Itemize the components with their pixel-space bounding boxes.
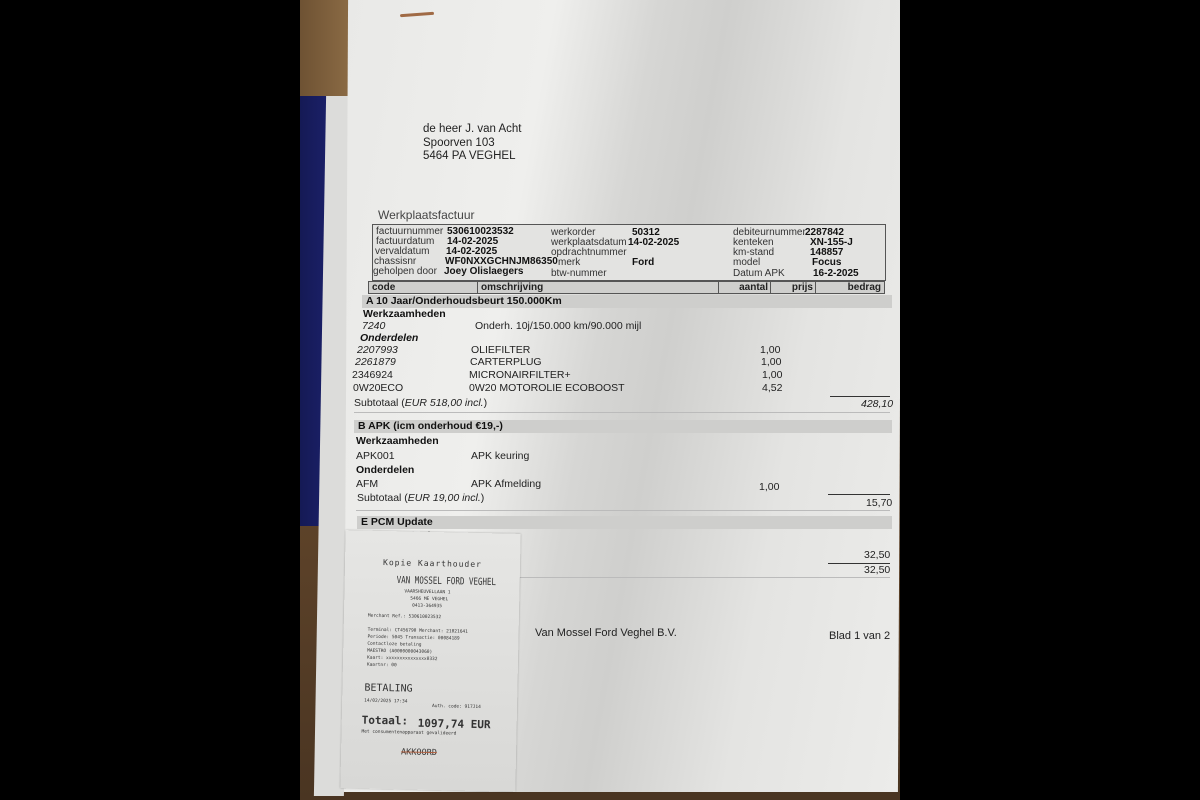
recipient-name: de heer J. van Acht <box>423 123 521 137</box>
section-b-onder-label: Onderdelen <box>356 464 414 476</box>
receipt-contactless: Contactloze betaling <box>367 642 421 648</box>
section-a-werk-label: Werkzaamheden <box>363 308 446 320</box>
line-qty: 4,52 <box>762 382 782 394</box>
receipt-auth: Auth. code: 917J14 <box>432 704 481 710</box>
column-code: code <box>368 281 480 294</box>
line-qty: 1,00 <box>760 344 780 356</box>
line-desc: APK keuring <box>471 450 529 462</box>
label-btw: btw-nummer <box>551 268 607 279</box>
section-e-line-amount: 32,50 <box>864 549 890 561</box>
receipt-akkoord: AKKOORD <box>401 747 437 758</box>
receipt-merchant-ref: Merchant Ref.: 530610023532 <box>368 614 441 621</box>
section-a-subtotal: 428,10 <box>861 398 893 410</box>
section-a-subtotal-label: Subtotaal (EUR 518,00 incl.) <box>354 397 487 409</box>
line-desc: CARTERPLUG <box>470 356 542 368</box>
receipt-periode: Periode: 5045 Transactie: 00084189 <box>367 635 459 642</box>
divider <box>515 577 890 578</box>
label-model: model <box>733 257 760 268</box>
label-merk: merk <box>558 257 580 268</box>
divider <box>356 510 890 511</box>
subtotal-rule <box>828 494 890 495</box>
receipt-betaling: BETALING <box>364 683 412 695</box>
section-b-werk-label: Werkzaamheden <box>356 435 439 447</box>
receipt-phone: 0413-364935 <box>412 604 442 610</box>
recipient-city: 5464 PA VEGHEL <box>423 150 521 164</box>
receipt-maestro: MAESTRO (A0000000043060) <box>367 649 432 655</box>
receipt-validated: Met consumentenapparaat gevalideerd <box>361 730 456 737</box>
receipt-addr1: VAARSHEUVELLAAN 1 <box>404 589 450 595</box>
line-code: AFM <box>356 478 378 490</box>
section-b-subtotal-label: Subtotaal (EUR 19,00 incl.) <box>357 492 484 504</box>
payment-receipt: Kopie Kaarthouder VAN MOSSEL FORD VEGHEL… <box>340 530 520 792</box>
line-code: 2207993 <box>357 344 398 356</box>
line-code: 0W20ECO <box>353 382 403 394</box>
value-geholpen: Joey Olislaegers <box>444 266 524 277</box>
receipt-datetime: 14/02/2025 17:34 <box>364 699 407 705</box>
receipt-kaart: Kaart: xxxxxxxxxxxxxxx0332 <box>367 656 438 662</box>
receipt-addr2: 5466 ME VEGHEL <box>410 597 448 603</box>
column-aantal: aantal <box>718 281 772 294</box>
line-desc: Onderh. 10j/150.000 km/90.000 mijl <box>475 320 641 332</box>
value-model: Focus <box>812 257 841 268</box>
receipt-header: Kopie Kaarthouder <box>383 558 482 569</box>
section-e-subtotal: 32,50 <box>864 564 890 576</box>
column-prijs: prijs <box>770 281 817 294</box>
line-qty: 1,00 <box>762 369 782 381</box>
line-code: 2261879 <box>355 356 396 368</box>
section-b-subtotal: 15,70 <box>866 497 892 509</box>
receipt-kaartnr: Kaartnr: 00 <box>367 663 397 669</box>
column-omschrijving: omschrijving <box>477 281 719 294</box>
receipt-total-label: Totaal: <box>362 714 409 728</box>
line-code: APK001 <box>356 450 395 462</box>
footer-page: Blad 1 van 2 <box>829 630 890 642</box>
section-b-title: B APK (icm onderhoud €19,-) <box>354 420 892 433</box>
subtotal-rule <box>830 396 890 397</box>
line-qty: 1,00 <box>759 481 779 493</box>
receipt-terminal: Terminal: CT456790 Merchant: 21021641 <box>368 628 468 635</box>
line-code: 2346924 <box>352 369 393 381</box>
section-a-title: A 10 Jaar/Onderhoudsbeurt 150.000Km <box>362 295 892 308</box>
receipt-total: 1097,74 EUR <box>418 717 491 732</box>
value-merk: Ford <box>632 257 654 268</box>
wood-table <box>300 0 348 100</box>
receipt-merchant: VAN MOSSEL FORD VEGHEL <box>397 574 497 588</box>
recipient-street: Spoorven 103 <box>423 137 521 151</box>
label-geholpen: geholpen door <box>373 266 437 277</box>
line-qty: 1,00 <box>761 356 781 368</box>
value-datum-apk: 16-2-2025 <box>813 268 859 279</box>
document-title: Werkplaatsfactuur <box>378 208 475 222</box>
label-datum-apk: Datum APK <box>733 268 785 279</box>
line-desc: APK Afmelding <box>471 478 541 490</box>
line-desc: MICRONAIRFILTER+ <box>469 369 571 381</box>
divider <box>354 412 890 413</box>
recipient-address: de heer J. van Acht Spoorven 103 5464 PA… <box>423 123 521 164</box>
line-desc: 0W20 MOTOROLIE ECOBOOST <box>469 382 625 394</box>
column-bedrag: bedrag <box>815 281 885 294</box>
section-e-title: E PCM Update <box>357 516 892 529</box>
line-desc: OLIEFILTER <box>471 344 530 356</box>
section-a-onder-label: Onderdelen <box>360 332 418 344</box>
footer-company: Van Mossel Ford Veghel B.V. <box>535 627 677 639</box>
line-code: 7240 <box>362 320 385 332</box>
value-werkplaatsdatum: 14-02-2025 <box>628 237 679 248</box>
